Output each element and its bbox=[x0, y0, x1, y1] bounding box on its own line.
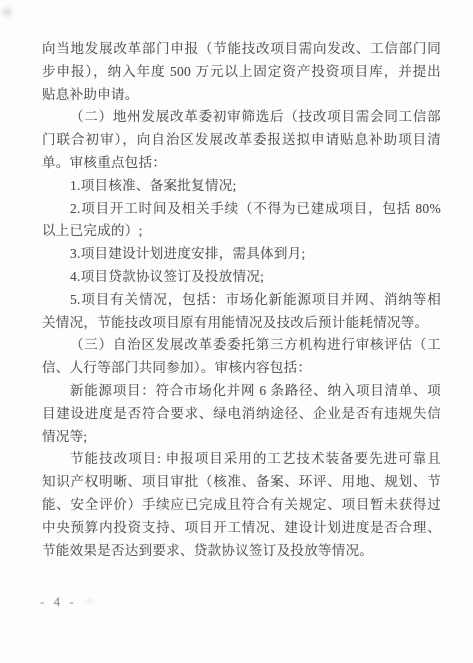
text-line: 5.项目有关情况，包括：市场化新能源项目并网、消纳等相 bbox=[42, 289, 441, 312]
scan-artifact bbox=[2, 8, 12, 16]
text-line: 中央预算内投资支持、项目开工情况、建设计划进度是否合理、 bbox=[42, 517, 441, 540]
text-line: 新能源项目：符合市场化并网 6 条路径、纳入项目清单、项 bbox=[42, 380, 441, 403]
text-line: 以上已完成的）; bbox=[42, 220, 441, 243]
text-line: 步申报），纳入年度 500 万元以上固定资产投资项目库，并提出 bbox=[42, 61, 441, 84]
text-line: 关情况，节能技改项目原有用能情况及技改后预计能耗情况等。 bbox=[42, 312, 441, 335]
document-text-block: 向当地发展改革部门申报（节能技改项目需向发改、工信部门同 步申报），纳入年度 5… bbox=[42, 38, 441, 562]
document-page: 向当地发展改革部门申报（节能技改项目需向发改、工信部门同 步申报），纳入年度 5… bbox=[0, 0, 473, 663]
text-line: 4.项目贷款协议签订及投放情况; bbox=[42, 266, 441, 289]
text-line: 1.项目核准、备案批复情况; bbox=[42, 175, 441, 198]
text-line: 门联合初审），向自治区发展改革委报送拟申请贴息补助项目清 bbox=[42, 129, 441, 152]
text-line: 目建设进度是否符合要求、绿电消纳途径、企业是否有违规失信 bbox=[42, 403, 441, 426]
text-line: （三）自治区发展改革委委托第三方机构进行审核评估（工 bbox=[42, 334, 441, 357]
text-line: 情况等; bbox=[42, 426, 441, 449]
text-line: 2.项目开工时间及相关手续（不得为已建成项目，包括 80% bbox=[42, 198, 441, 221]
text-line: 3.项目建设计划进度安排，需具体到月; bbox=[42, 243, 441, 266]
text-line: （二）地州发展改革委初审筛选后（技改项目需会同工信部 bbox=[42, 106, 441, 129]
text-line: 能、安全评价）手续应已完成且符合有关规定、项目暂未获得过 bbox=[42, 494, 441, 517]
text-line: 节能效果是否达到要求、贷款协议签订及投放等情况。 bbox=[42, 540, 441, 563]
scan-artifact bbox=[86, 598, 94, 603]
text-line: 向当地发展改革部门申报（节能技改项目需向发改、工信部门同 bbox=[42, 38, 441, 61]
text-line: 贴息补助申请。 bbox=[42, 84, 441, 107]
text-line: 知识产权明晰、项目审批（核准、备案、环评、用地、规划、节 bbox=[42, 471, 441, 494]
text-line: 单。审核重点包括： bbox=[42, 152, 441, 175]
text-line: 节能技改项目: 申报项目采用的工艺技术装备要先进可靠且 bbox=[42, 448, 441, 471]
text-line: 信、人行等部门共同参加）。审核内容包括： bbox=[42, 357, 441, 380]
page-number: - 4 - bbox=[40, 594, 77, 610]
